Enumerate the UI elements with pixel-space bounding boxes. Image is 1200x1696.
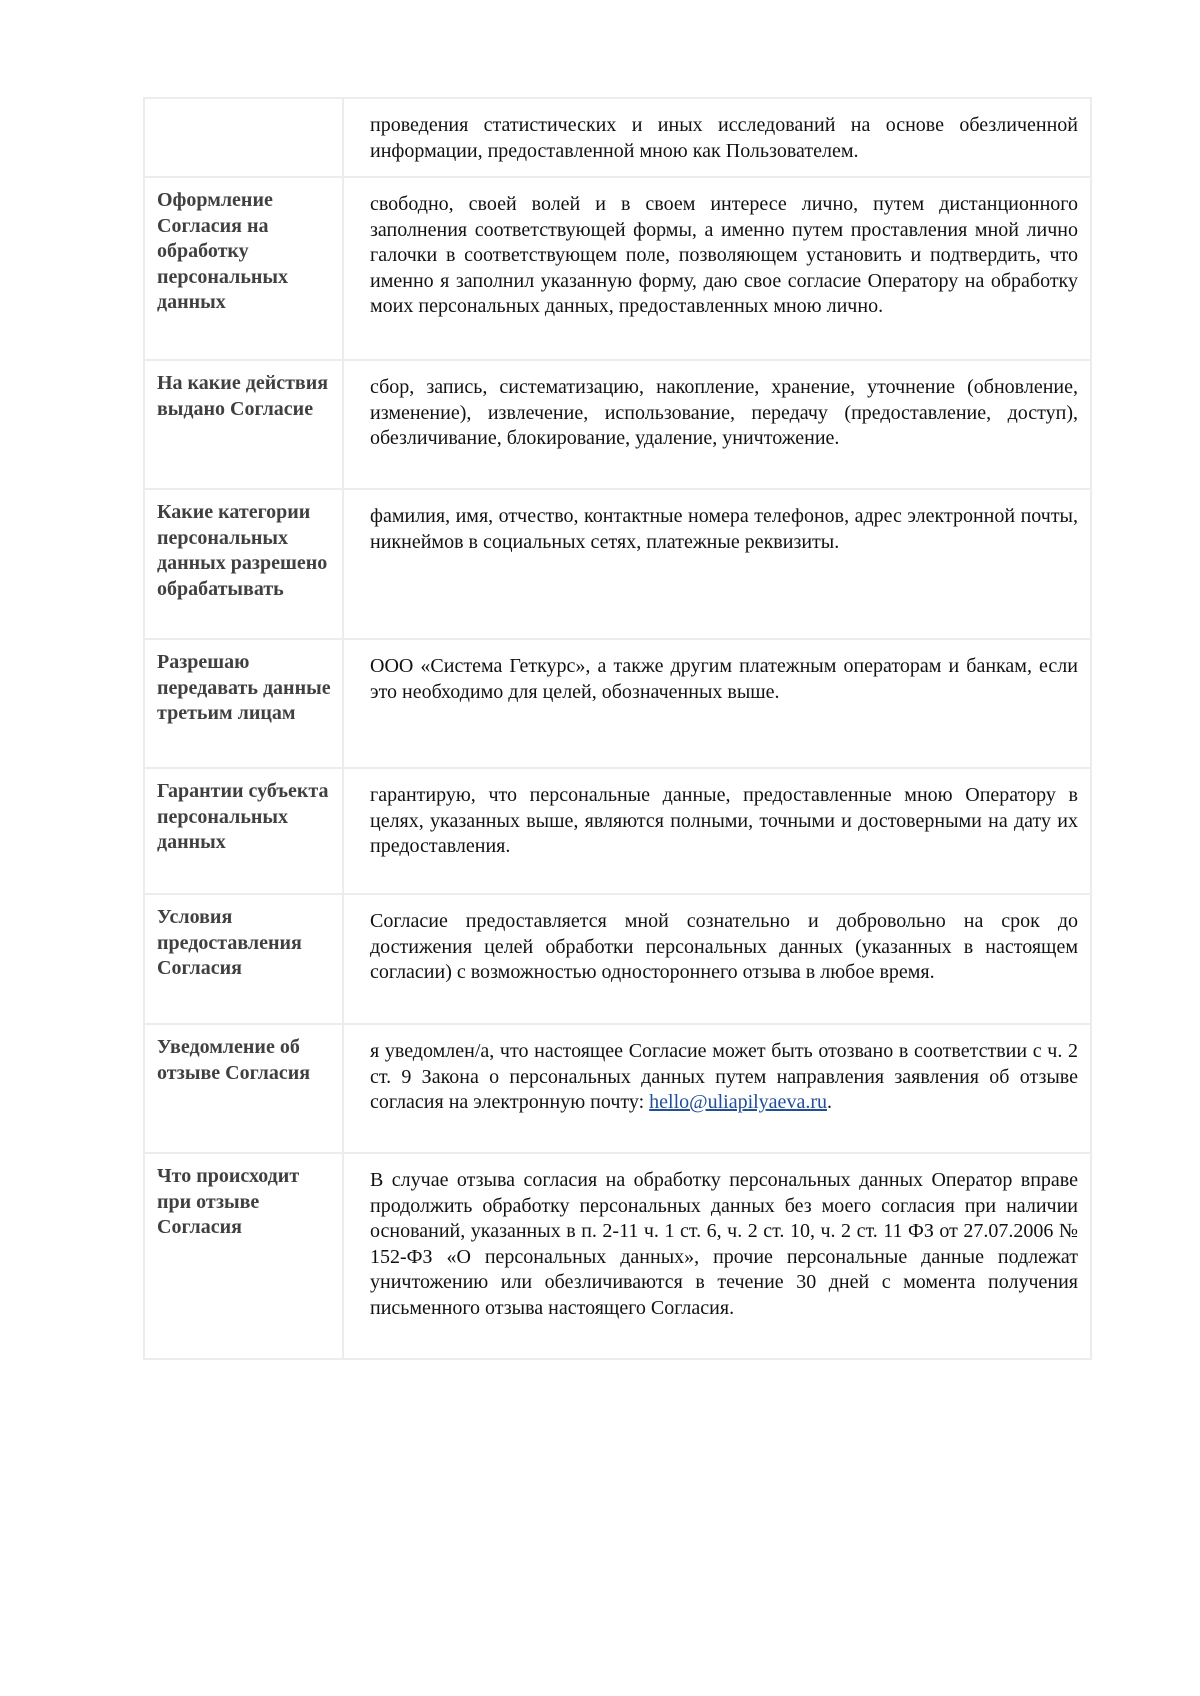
row-value: фамилия, имя, отчество, контактные номер… <box>370 504 1078 555</box>
document-page: проведения статистических и иных исследо… <box>0 0 1200 1696</box>
row-value-cell: Согласие предоставляется мной сознательн… <box>343 894 1091 1024</box>
row-value-cell: свободно, своей волей и в своем интересе… <box>343 177 1091 360</box>
row-value: проведения статистических и иных исследо… <box>370 113 1078 164</box>
row-label-cell: Какие категории персональных данных разр… <box>144 489 343 639</box>
row-value: сбор, запись, систематизацию, накопление… <box>370 375 1078 452</box>
row-label: Какие категории персональных данных разр… <box>157 500 332 602</box>
row-label-cell <box>144 98 343 177</box>
row-value-with-email: я уведомлен/а, что настоящее Согласие мо… <box>370 1039 1078 1116</box>
row-value-cell: я уведомлен/а, что настоящее Согласие мо… <box>343 1024 1091 1153</box>
row-value-cell: гарантирую, что персональные данные, пре… <box>343 768 1091 894</box>
consent-terms-table: проведения статистических и иных исследо… <box>143 97 1092 1360</box>
row-label-cell: Гарантии субъекта персональных данных <box>144 768 343 894</box>
row-value-cell: ООО «Система Геткурс», а также другим пл… <box>343 639 1091 768</box>
row-value-cell: фамилия, имя, отчество, контактные номер… <box>343 489 1091 639</box>
row-value: ООО «Система Геткурс», а также другим пл… <box>370 654 1078 705</box>
table-row: Какие категории персональных данных разр… <box>144 489 1091 639</box>
row-label-cell: Что происходит при отзыве Согласия <box>144 1153 343 1359</box>
row-label-cell: Уведомление об отзыве Согласия <box>144 1024 343 1153</box>
table-row: Гарантии субъекта персональных данных га… <box>144 768 1091 894</box>
row-value: свободно, своей волей и в своем интересе… <box>370 192 1078 320</box>
row-label: Оформление Согласия на обработку персона… <box>157 188 332 316</box>
row-value: В случае отзыва согласия на обработку пе… <box>370 1168 1078 1321</box>
row-value: гарантирую, что персональные данные, пре… <box>370 783 1078 860</box>
table-row: Оформление Согласия на обработку персона… <box>144 177 1091 360</box>
row-value: Согласие предоставляется мной сознательн… <box>370 909 1078 986</box>
table-row: Что происходит при отзыве Согласия В слу… <box>144 1153 1091 1359</box>
row-label: Что происходит при отзыве Согласия <box>157 1164 332 1241</box>
row-label-cell: Условия предоставления Согласия <box>144 894 343 1024</box>
row-label: Условия предоставления Согласия <box>157 905 332 982</box>
row-label: Гарантии субъекта персональных данных <box>157 779 332 856</box>
table-row: Уведомление об отзыве Согласия я уведомл… <box>144 1024 1091 1153</box>
table-row: Разрешаю передавать данные третьим лицам… <box>144 639 1091 768</box>
email-link[interactable]: hello@uliapilyaeva.ru <box>649 1091 827 1113</box>
row-label-cell: На какие действия выдано Согласие <box>144 360 343 489</box>
email-suffix: . <box>827 1091 832 1113</box>
table-row: проведения статистических и иных исследо… <box>144 98 1091 177</box>
row-label-cell: Разрешаю передавать данные третьим лицам <box>144 639 343 768</box>
row-value-cell: проведения статистических и иных исследо… <box>343 98 1091 177</box>
table-row: Условия предоставления Согласия Согласие… <box>144 894 1091 1024</box>
row-value-cell: сбор, запись, систематизацию, накопление… <box>343 360 1091 489</box>
row-label-cell: Оформление Согласия на обработку персона… <box>144 177 343 360</box>
row-label: На какие действия выдано Согласие <box>157 371 332 422</box>
row-value-cell: В случае отзыва согласия на обработку пе… <box>343 1153 1091 1359</box>
row-label: Разрешаю передавать данные третьим лицам <box>157 650 332 727</box>
row-label: Уведомление об отзыве Согласия <box>157 1035 332 1086</box>
table-row: На какие действия выдано Согласие сбор, … <box>144 360 1091 489</box>
